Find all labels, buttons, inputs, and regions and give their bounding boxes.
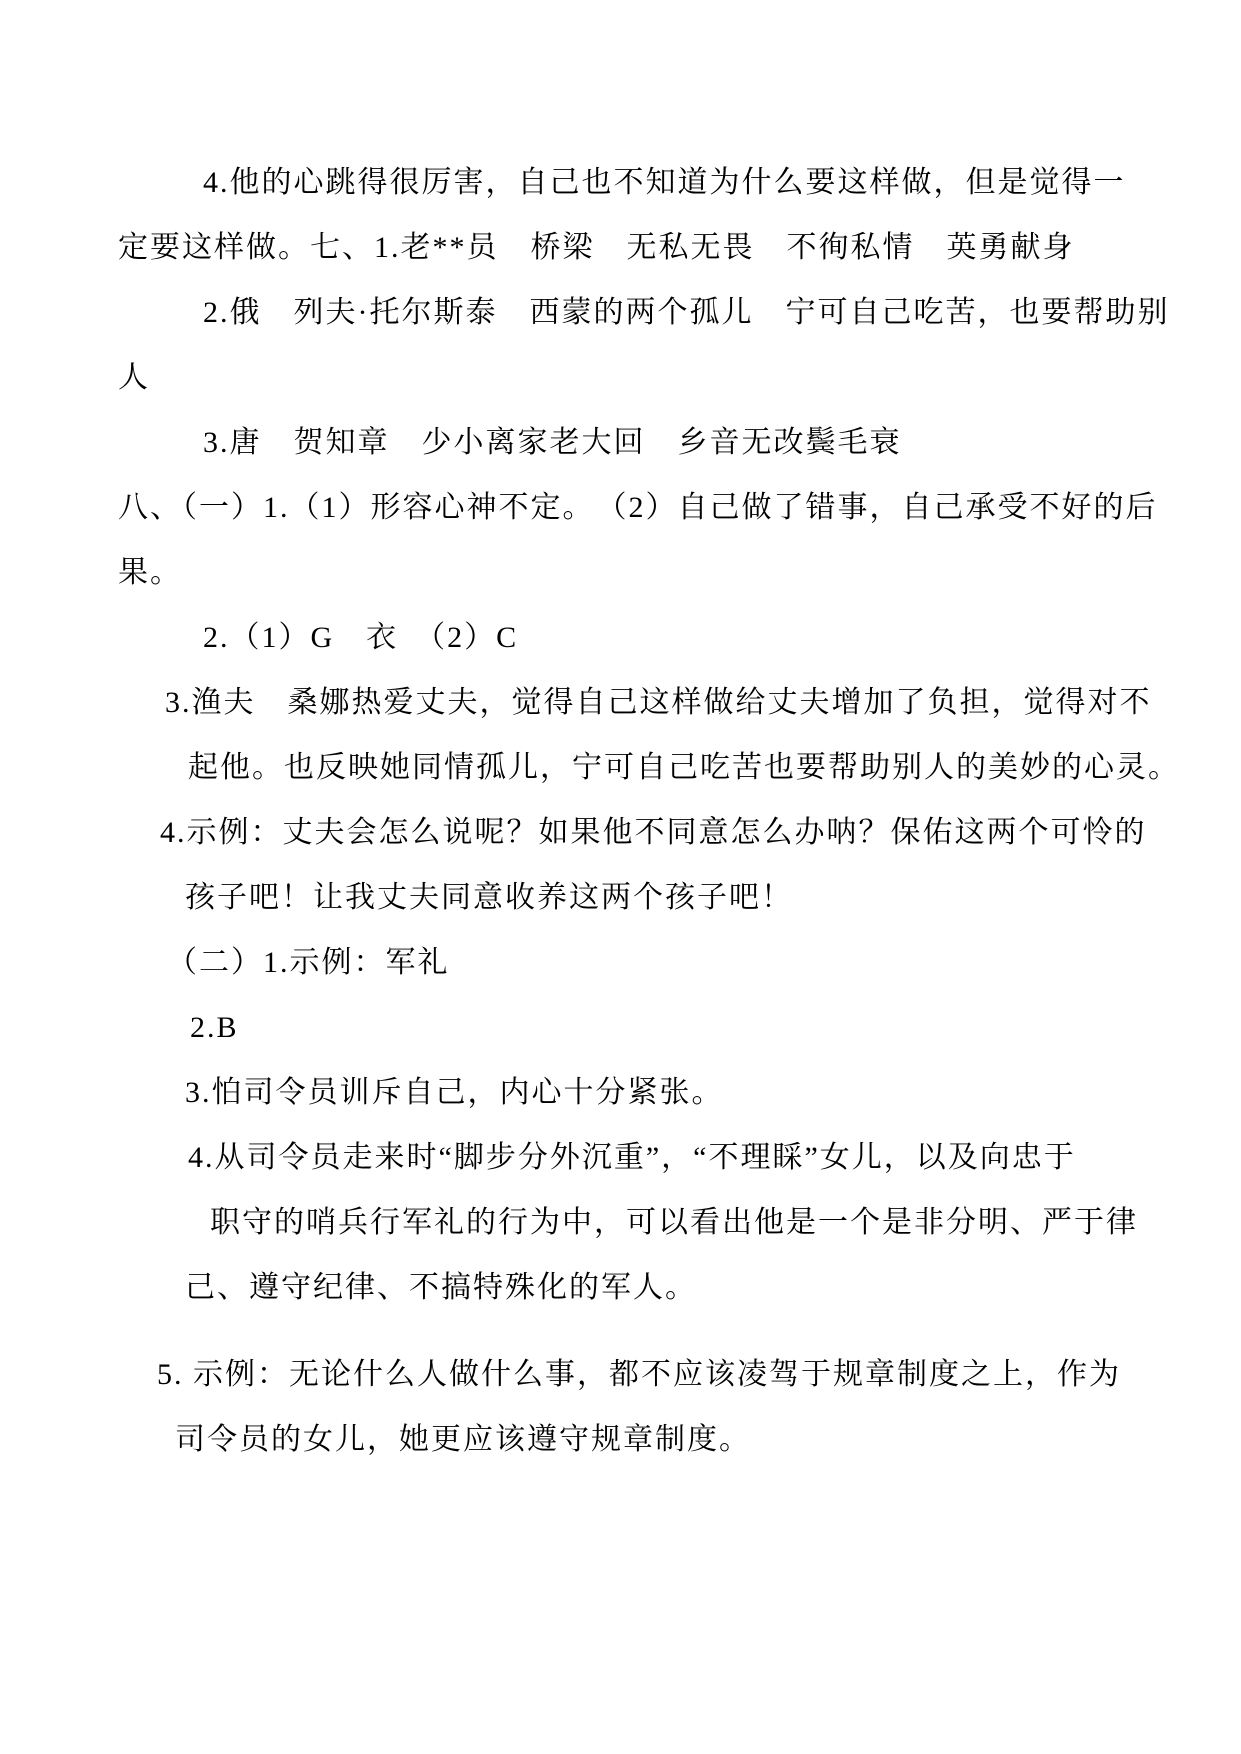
text-line: 起他。也反映她同情孤儿，宁可自己吃苦也要帮助别人的美妙的心灵。 bbox=[118, 735, 1158, 800]
text-line: 3.唐 贺知章 少小离家老大回 乡音无改鬓毛衰 bbox=[118, 410, 1158, 475]
text-line: 孩子吧！让我丈夫同意收养这两个孩子吧！ bbox=[118, 865, 1158, 930]
text-line: 果。 bbox=[118, 540, 1158, 605]
text-line: 4.他的心跳得很厉害，自己也不知道为什么要这样做，但是觉得一 bbox=[118, 150, 1158, 215]
text-line: 3.渔夫 桑娜热爱丈夫，觉得自己这样做给丈夫增加了负担，觉得对不 bbox=[118, 670, 1158, 735]
text-line: 4.示例：丈夫会怎么说呢？如果他不同意怎么办呐？保佑这两个可怜的 bbox=[118, 800, 1158, 865]
text-line: （二）1.示例：军礼 bbox=[118, 930, 1158, 995]
document-page: 4.他的心跳得很厉害，自己也不知道为什么要这样做，但是觉得一定要这样做。七、1.… bbox=[0, 0, 1241, 1754]
text-line: 司令员的女儿，她更应该遵守规章制度。 bbox=[118, 1407, 1158, 1472]
answer-key-text-block: 4.他的心跳得很厉害，自己也不知道为什么要这样做，但是觉得一定要这样做。七、1.… bbox=[118, 150, 1158, 1472]
text-line: 3.怕司令员训斥自己，内心十分紧张。 bbox=[118, 1060, 1158, 1125]
text-line: 2.B bbox=[118, 995, 1158, 1060]
text-line: 5. 示例：无论什么人做什么事，都不应该凌驾于规章制度之上，作为 bbox=[118, 1342, 1158, 1407]
text-line: 2.（1）G 衣 （2）C bbox=[118, 605, 1158, 670]
text-line: 职守的哨兵行军礼的行为中，可以看出他是一个是非分明、严于律 bbox=[118, 1190, 1158, 1255]
text-line: 人 bbox=[118, 345, 1158, 410]
text-line: 2.俄 列夫·托尔斯泰 西蒙的两个孤儿 宁可自己吃苦，也要帮助别 bbox=[118, 280, 1158, 345]
text-line: 己、遵守纪律、不搞特殊化的军人。 bbox=[118, 1255, 1158, 1320]
text-line: 定要这样做。七、1.老**员 桥梁 无私无畏 不徇私情 英勇献身 bbox=[118, 215, 1158, 280]
text-line: 八、（一）1.（1）形容心神不定。 （2）自己做了错事，自己承受不好的后 bbox=[118, 475, 1158, 540]
text-line: 4.从司令员走来时“脚步分外沉重”，“不理睬”女儿，以及向忠于 bbox=[118, 1125, 1158, 1190]
